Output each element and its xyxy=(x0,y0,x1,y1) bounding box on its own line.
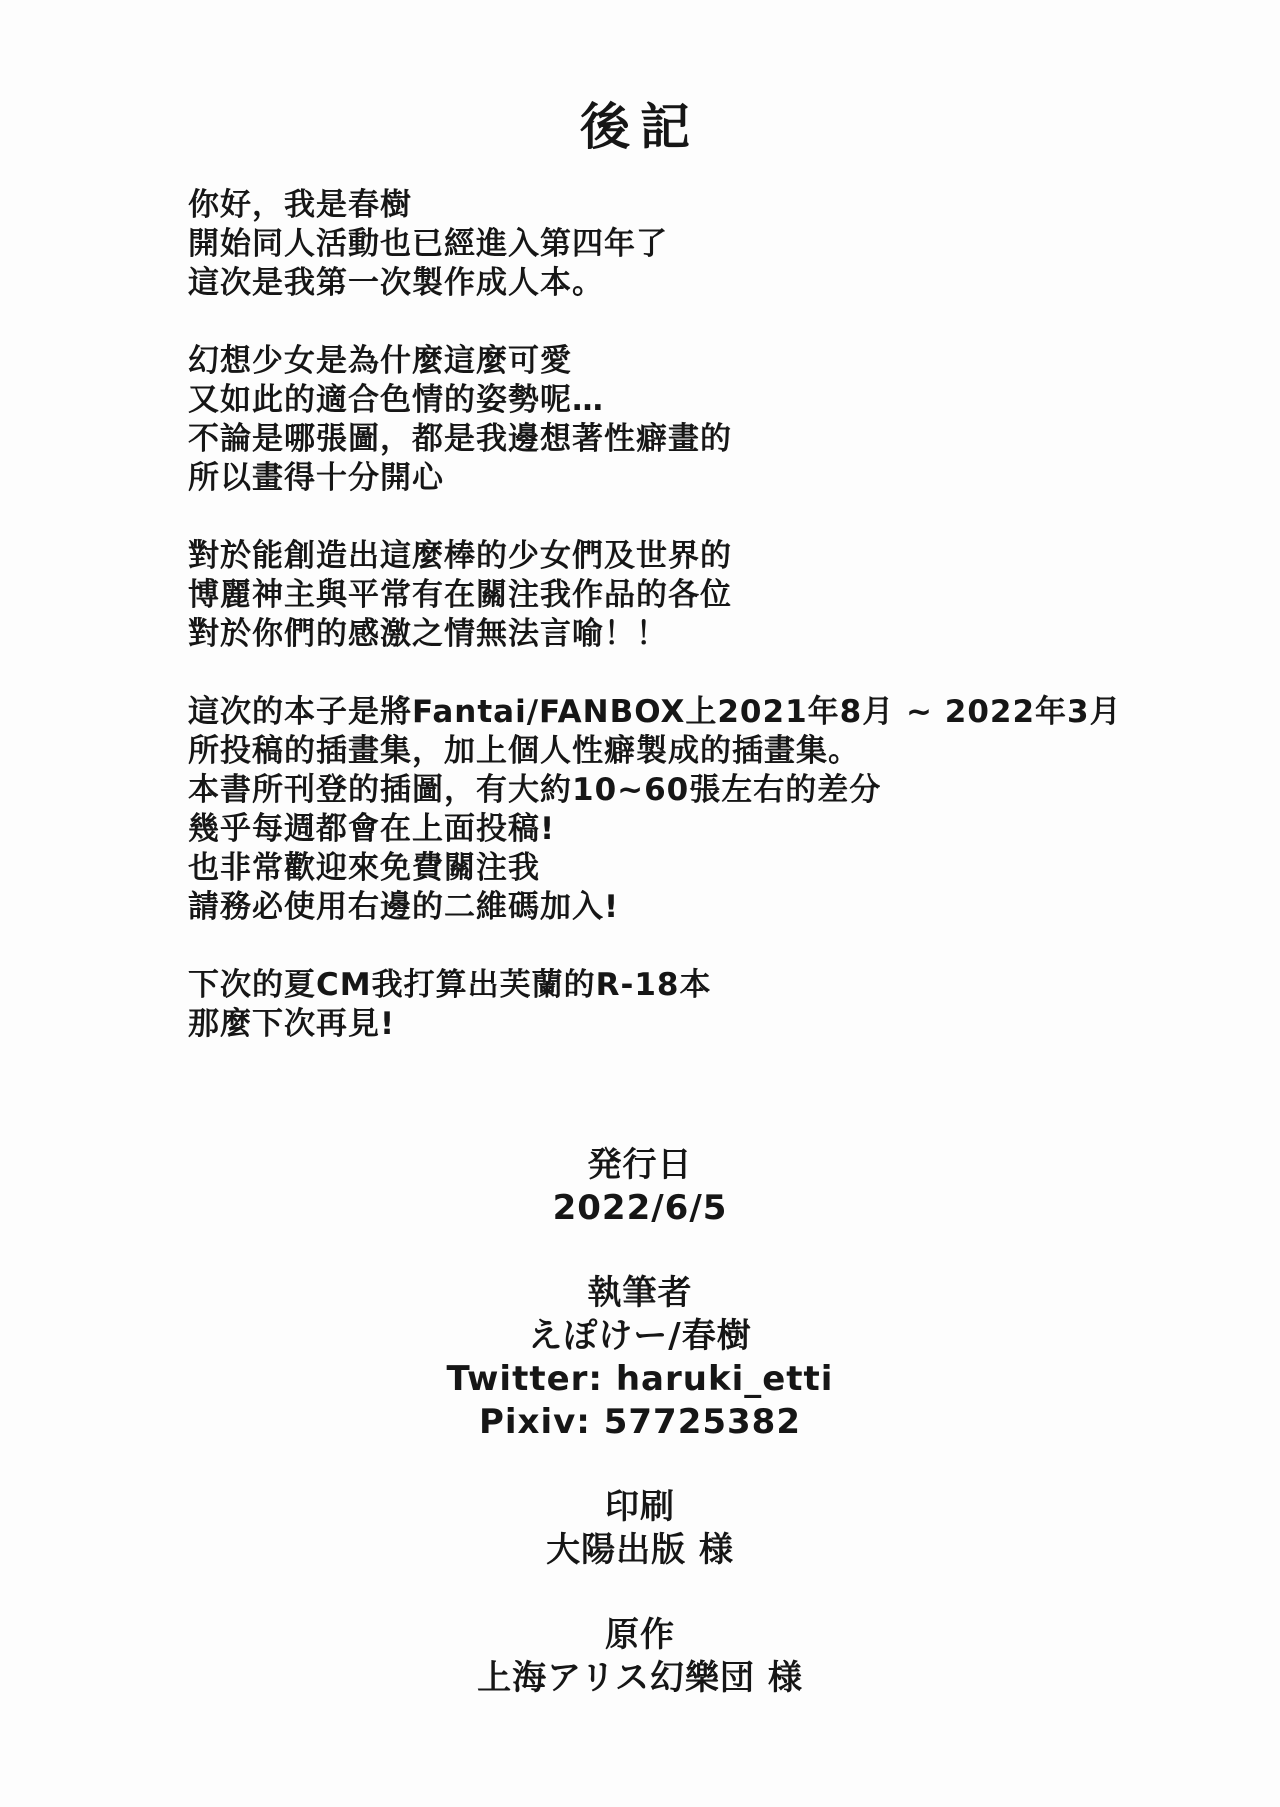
colophon-heading: 発行日 xyxy=(0,1144,1280,1187)
colophon-section-original-work: 原作 上海アリス幻樂団 様 xyxy=(0,1614,1280,1700)
text-line: 這次的本子是將Fantai/FANBOX上2021年8月 ~ 2022年3月 xyxy=(188,693,1220,732)
text-line: 本書所刊登的插圖，有大約10~60張左右的差分 xyxy=(188,771,1220,810)
colophon-heading: 執筆者 xyxy=(0,1272,1280,1315)
paragraph: 這次的本子是將Fantai/FANBOX上2021年8月 ~ 2022年3月 所… xyxy=(188,693,1220,927)
page-title: 後記 xyxy=(0,0,1280,158)
text-line: 這次是我第一次製作成人本。 xyxy=(188,264,1220,303)
text-line: 博麗神主與平常有在關注我作品的各位 xyxy=(188,576,1220,615)
text-line: 幾乎每週都會在上面投稿! xyxy=(188,810,1220,849)
text-line: 請務必使用右邊的二維碼加入! xyxy=(188,888,1220,927)
afterword-page: 後記 你好，我是春樹 開始同人活動也已經進入第四年了 這次是我第一次製作成人本。… xyxy=(0,0,1280,1807)
colophon: 発行日 2022/6/5 執筆者 えぽけー/春樹 Twitter: haruki… xyxy=(0,1144,1280,1700)
paragraph: 下次的夏CM我打算出芙蘭的R-18本 那麼下次再見! xyxy=(188,966,1220,1044)
text-line: 也非常歡迎來免費關注我 xyxy=(188,849,1220,888)
colophon-line: Pixiv: 57725382 xyxy=(0,1401,1280,1444)
text-line: 所投稿的插畫集，加上個人性癖製成的插畫集。 xyxy=(188,732,1220,771)
text-line: 對於能創造出這麼棒的少女們及世界的 xyxy=(188,537,1220,576)
text-line: 下次的夏CM我打算出芙蘭的R-18本 xyxy=(188,966,1220,1005)
text-line: 幻想少女是為什麼這麼可愛 xyxy=(188,342,1220,381)
colophon-line: Twitter: haruki_etti xyxy=(0,1358,1280,1401)
paragraph: 你好，我是春樹 開始同人活動也已經進入第四年了 這次是我第一次製作成人本。 xyxy=(188,186,1220,303)
colophon-section-author: 執筆者 えぽけー/春樹 Twitter: haruki_etti Pixiv: … xyxy=(0,1272,1280,1444)
text-line: 你好，我是春樹 xyxy=(188,186,1220,225)
colophon-heading: 印刷 xyxy=(0,1486,1280,1529)
body-text: 你好，我是春樹 開始同人活動也已經進入第四年了 這次是我第一次製作成人本。 幻想… xyxy=(0,186,1280,1044)
paragraph: 對於能創造出這麼棒的少女們及世界的 博麗神主與平常有在關注我作品的各位 對於你們… xyxy=(188,537,1220,654)
colophon-line: えぽけー/春樹 xyxy=(0,1315,1280,1358)
colophon-line: 大陽出版 様 xyxy=(0,1529,1280,1572)
text-line: 又如此的適合色情的姿勢呢… xyxy=(188,381,1220,420)
text-line: 所以畫得十分開心 xyxy=(188,459,1220,498)
colophon-line: 上海アリス幻樂団 様 xyxy=(0,1657,1280,1700)
colophon-section-publish-date: 発行日 2022/6/5 xyxy=(0,1144,1280,1230)
text-line: 不論是哪張圖，都是我邊想著性癖畫的 xyxy=(188,420,1220,459)
text-line: 開始同人活動也已經進入第四年了 xyxy=(188,225,1220,264)
text-line: 那麼下次再見! xyxy=(188,1005,1220,1044)
text-line: 對於你們的感激之情無法言喻！！ xyxy=(188,615,1220,654)
colophon-heading: 原作 xyxy=(0,1614,1280,1657)
paragraph: 幻想少女是為什麼這麼可愛 又如此的適合色情的姿勢呢… 不論是哪張圖，都是我邊想著… xyxy=(188,342,1220,498)
colophon-section-printing: 印刷 大陽出版 様 xyxy=(0,1486,1280,1572)
colophon-line: 2022/6/5 xyxy=(0,1187,1280,1230)
